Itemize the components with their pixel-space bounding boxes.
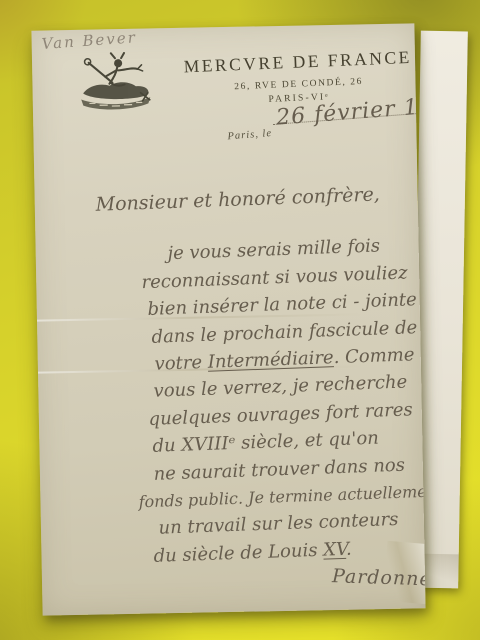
pencil-owner-note: Van Bever — [41, 28, 137, 53]
mercury-emblem-icon — [68, 51, 161, 116]
salutation: Monsieur et honoré confrère, — [95, 180, 415, 219]
publisher-name: MERCVRE DE FRANCE — [181, 47, 414, 78]
king-name-underlined: XV — [323, 539, 346, 561]
line-text: du siècle de Louis — [153, 539, 323, 566]
line-text: votre — [154, 352, 208, 375]
line-text: . Comme — [333, 344, 415, 368]
dateline: Paris, le 26 février 1904 — [184, 103, 425, 161]
line-text: . — [345, 538, 352, 559]
closing-word: Pardonnez — [332, 565, 426, 591]
letter-first-page: Van Bever MERCVRE DE FRANCE 26, RVE DE C… — [31, 23, 425, 615]
letter-body: Monsieur et honoré confrère, je vous ser… — [31, 180, 425, 574]
photo-of-letter: Van Bever MERCVRE DE FRANCE 26, RVE DE C… — [0, 0, 480, 640]
dateline-printed-label: Paris, le — [227, 128, 272, 142]
journal-title-underlined: Intermédiaire — [207, 347, 334, 373]
